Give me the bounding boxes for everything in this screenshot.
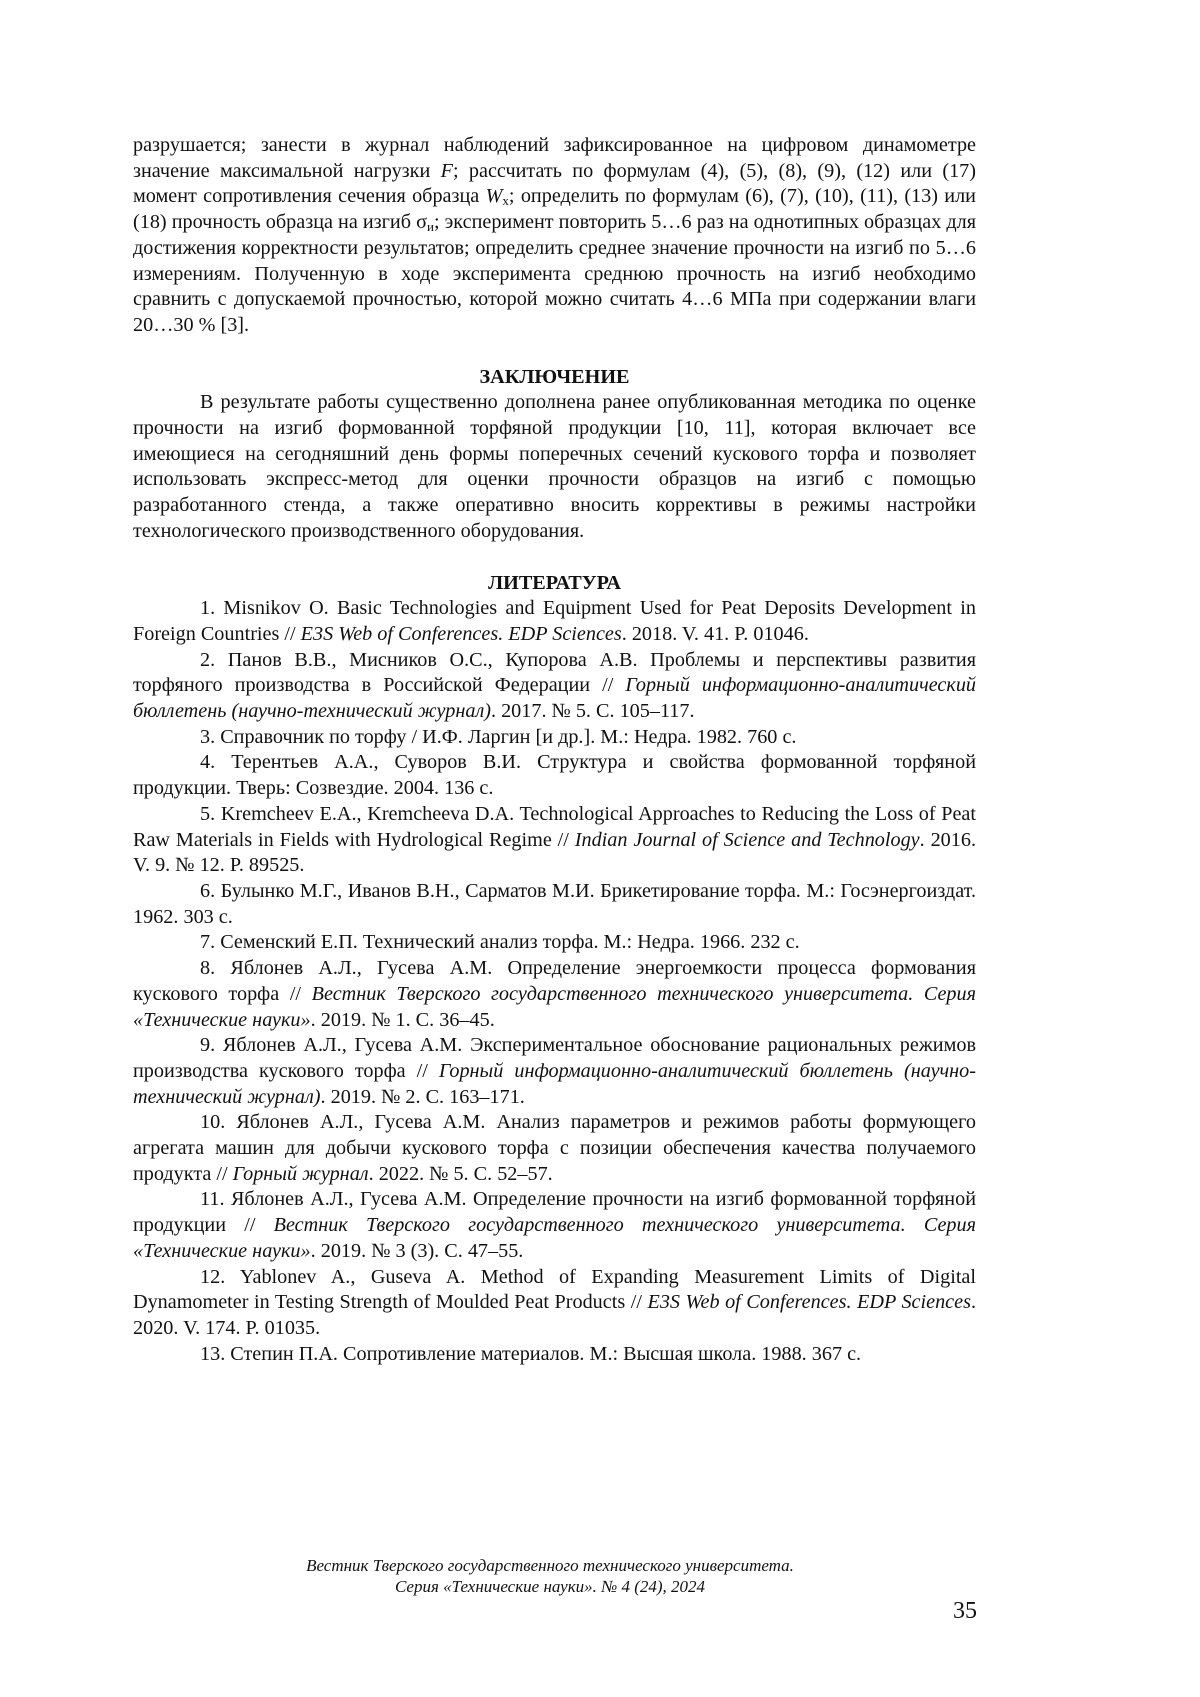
reference-text: 3. Справочник по торфу / И.Ф. Ларгин [и …: [200, 726, 796, 748]
reference-item: 7. Семенский Е.П. Технический анализ тор…: [133, 930, 976, 956]
var-f: F: [441, 160, 453, 182]
reference-text: 7. Семенский Е.П. Технический анализ тор…: [200, 931, 800, 953]
reference-source: Indian Journal of Science and Technology: [575, 829, 920, 851]
page-number: 35: [953, 1598, 977, 1625]
reference-item: 1. Misnikov O. Basic Technologies and Eq…: [133, 596, 976, 647]
reference-text: 13. Степин П.А. Сопротивление материалов…: [200, 1343, 861, 1365]
reference-item: 9. Яблонев А.Л., Гусева А.М. Эксперимент…: [133, 1033, 976, 1110]
reference-item: 13. Степин П.А. Сопротивление материалов…: [133, 1342, 976, 1368]
footer-line-1: Вестник Тверского государственного техни…: [0, 1555, 1100, 1576]
var-w: W: [486, 185, 503, 207]
reference-item: 2. Панов В.В., Мисников О.С., Купорова А…: [133, 648, 976, 725]
journal-footer: Вестник Тверского государственного техни…: [0, 1555, 1100, 1597]
conclusion-heading: ЗАКЛЮЧЕНИЕ: [133, 365, 976, 391]
reference-text: 6. Булынко М.Г., Иванов В.Н., Сарматов М…: [133, 880, 976, 928]
footer-line-2: Серия «Технические науки». № 4 (24), 202…: [0, 1576, 1100, 1597]
reference-item: 3. Справочник по торфу / И.Ф. Ларгин [и …: [133, 725, 976, 751]
literature-heading: ЛИТЕРАТУРА: [133, 571, 976, 597]
reference-details: . 2022. № 5. С. 52–57.: [369, 1163, 553, 1185]
reference-text: 4. Терентьев А.А., Суворов В.И. Структур…: [133, 751, 976, 799]
var-sigma-subscript: и: [427, 219, 434, 234]
reference-item: 5. Kremcheev E.A., Kremcheeva D.A. Techn…: [133, 802, 976, 879]
reference-list: 1. Misnikov O. Basic Technologies and Eq…: [133, 596, 976, 1367]
page-body: разрушается; занести в журнал наблюдений…: [133, 133, 976, 1367]
reference-details: . 2019. № 1. С. 36–45.: [311, 1009, 495, 1031]
reference-source: Горный журнал: [233, 1163, 369, 1185]
reference-details: . 2018. V. 41. P. 01046.: [622, 623, 809, 645]
reference-item: 11. Яблонев А.Л., Гусева А.М. Определени…: [133, 1187, 976, 1264]
reference-details: . 2019. № 2. С. 163–171.: [321, 1086, 525, 1108]
conclusion-paragraph: В результате работы существенно дополнен…: [133, 390, 976, 544]
reference-source: E3S Web of Conferences. EDP Sciences: [647, 1291, 970, 1313]
reference-item: 10. Яблонев А.Л., Гусева А.М. Анализ пар…: [133, 1110, 976, 1187]
reference-item: 8. Яблонев А.Л., Гусева А.М. Определение…: [133, 956, 976, 1033]
reference-item: 12. Yablonev A., Guseva A. Method of Exp…: [133, 1265, 976, 1342]
reference-source: E3S Web of Conferences. EDP Sciences: [301, 623, 622, 645]
reference-item: 6. Булынко М.Г., Иванов В.Н., Сарматов М…: [133, 879, 976, 930]
reference-details: . 2019. № 3 (3). С. 47–55.: [311, 1240, 524, 1262]
reference-item: 4. Терентьев А.А., Суворов В.И. Структур…: [133, 750, 976, 801]
intro-paragraph: разрушается; занести в журнал наблюдений…: [133, 133, 976, 339]
reference-details: . 2017. № 5. С. 105–117.: [491, 700, 695, 722]
